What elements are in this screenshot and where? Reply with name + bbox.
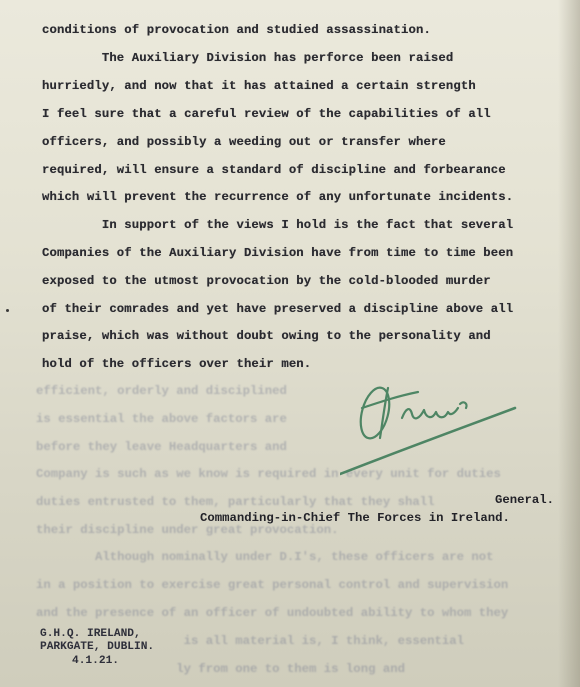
body-line: hurriedly, and now that it has attained … — [42, 79, 476, 93]
body-line: praise, which was without doubt owing to… — [42, 329, 491, 343]
body-line: Companies of the Auxiliary Division have… — [42, 246, 513, 260]
body-line: required, will ensure a standard of disc… — [42, 163, 506, 177]
body-line: In support of the views I hold is the fa… — [42, 218, 513, 232]
letter-date: 4.1.21. — [72, 655, 119, 667]
page-edge-shadow — [558, 0, 580, 687]
bleed-line: is essential the above factors are — [36, 412, 287, 426]
body-line: hold of the officers over their men. — [42, 357, 311, 371]
address-line-2: PARKGATE, DUBLIN. — [40, 641, 154, 653]
signatory-title: Commanding-in-Chief The Forces in Irelan… — [200, 511, 510, 525]
body-line: conditions of provocation and studied as… — [42, 23, 431, 37]
body-line: which will prevent the recurrence of any… — [42, 190, 513, 204]
signatory-rank: General. — [495, 493, 554, 507]
body-line: officers, and possibly a weeding out or … — [42, 135, 446, 149]
body-line: The Auxiliary Division has perforce been… — [42, 51, 453, 65]
bleed-line: in a position to exercise great personal… — [36, 578, 508, 592]
bleed-line: Although nominally under D.I's, these of… — [36, 550, 494, 564]
handwritten-signature-icon — [340, 378, 520, 488]
body-line: of their comrades and yet have preserved… — [42, 302, 513, 316]
address-line-1: G.H.Q. IRELAND, — [40, 628, 141, 640]
body-line: exposed to the utmost provocation by the… — [42, 274, 491, 288]
document-page: efficient, orderly and disciplined is es… — [0, 0, 580, 687]
bleed-line: before they leave Headquarters and — [36, 440, 287, 454]
margin-mark — [6, 309, 9, 312]
bleed-line: duties entrusted to them, particularly t… — [36, 495, 434, 509]
body-line: I feel sure that a careful review of the… — [42, 107, 491, 121]
bleed-line: and the presence of an officer of undoub… — [36, 606, 508, 620]
bleed-line: their discipline under great provocation… — [36, 523, 339, 537]
bleed-line: efficient, orderly and disciplined — [36, 384, 287, 398]
